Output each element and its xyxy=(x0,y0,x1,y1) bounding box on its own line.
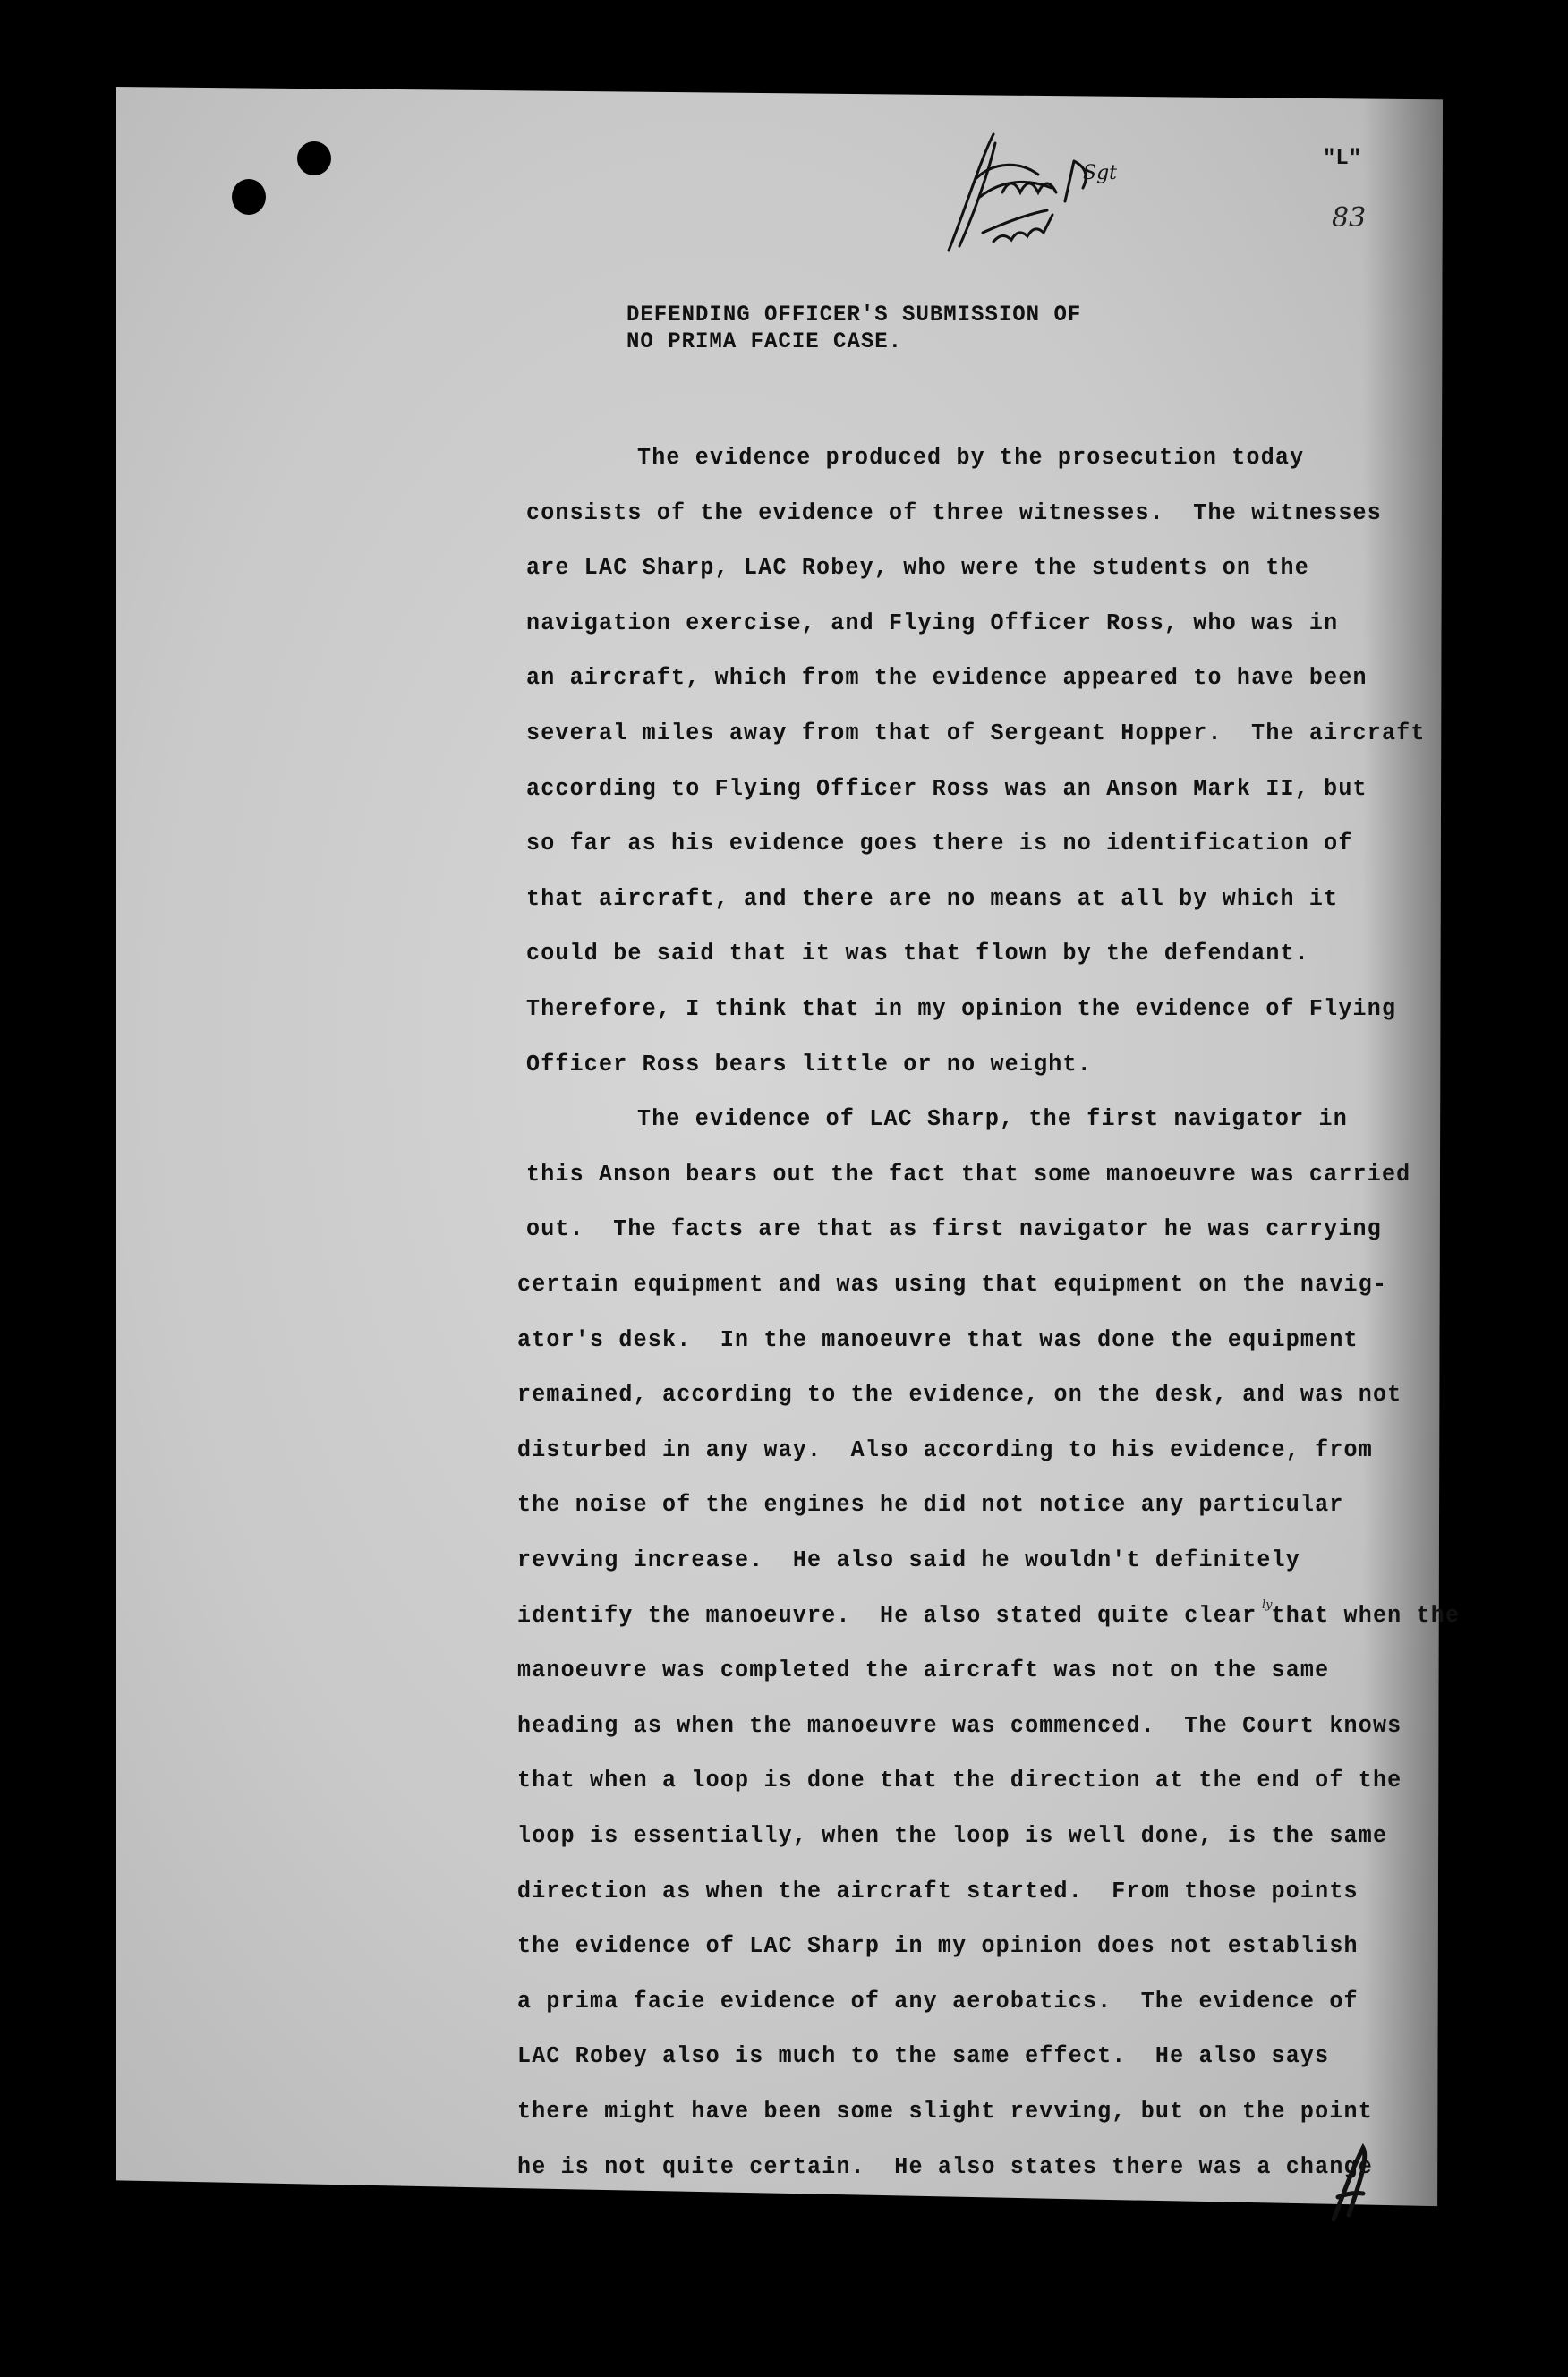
document-text-line: so far as his evidence goes there is no … xyxy=(526,830,1353,856)
document-text-line: disturbed in any way. Also according to … xyxy=(517,1436,1373,1463)
document-text-line: that aircraft, and there are no means at… xyxy=(526,885,1338,912)
handwritten-signature: Sgt xyxy=(940,125,1155,260)
document-text-line: manoeuvre was completed the aircraft was… xyxy=(517,1657,1329,1683)
interlinear-insertion: ly xyxy=(1262,1598,1273,1612)
document-text-line: heading as when the manoeuvre was commen… xyxy=(517,1712,1402,1739)
document-text-line: The evidence produced by the prosecution… xyxy=(637,444,1304,471)
document-text-line: consists of the evidence of three witnes… xyxy=(526,499,1382,526)
document-text-line: several miles away from that of Sergeant… xyxy=(526,720,1426,746)
document-text-line: out. The facts are that as first navigat… xyxy=(526,1215,1382,1242)
document-heading-line-1: DEFENDING OFFICER'S SUBMISSION OF xyxy=(626,302,1081,328)
document-text-line: a prima facie evidence of any aerobatics… xyxy=(517,1988,1359,2015)
document-heading-line-2: NO PRIMA FACIE CASE. xyxy=(626,329,902,354)
document-text-line: navigation exercise, and Flying Officer … xyxy=(526,609,1338,636)
document-text-line: according to Flying Officer Ross was an … xyxy=(526,775,1368,802)
document-marker: "L" xyxy=(1323,147,1361,171)
document-text-line: he is not quite certain. He also states … xyxy=(517,2153,1373,2180)
document-text-line: the noise of the engines he did not noti… xyxy=(517,1491,1344,1518)
folio-number: 83 xyxy=(1332,202,1366,234)
document-text-line: Officer Ross bears little or no weight. xyxy=(526,1051,1092,1078)
document-text-line: remained, according to the evidence, on … xyxy=(517,1381,1402,1408)
document-text-line: the evidence of LAC Sharp in my opinion … xyxy=(517,1932,1359,1959)
document-text-line: ator's desk. In the manoeuvre that was d… xyxy=(517,1326,1359,1353)
document-text-line: identify the manoeuvre. He also stated q… xyxy=(517,1602,1460,1629)
document-text-line: LAC Robey also is much to the same effec… xyxy=(517,2042,1329,2069)
document-text-line: The evidence of LAC Sharp, the first nav… xyxy=(637,1105,1348,1132)
document-text-line: there might have been some slight revvin… xyxy=(517,2098,1373,2125)
document-text-line: direction as when the aircraft started. … xyxy=(517,1878,1359,1904)
document-text-line: this Anson bears out the fact that some … xyxy=(526,1161,1410,1188)
document-page xyxy=(116,87,1443,2228)
document-text-line: could be said that it was that flown by … xyxy=(526,940,1309,967)
document-text-line: that when a loop is done that the direct… xyxy=(517,1767,1402,1793)
document-text-line: certain equipment and was using that equ… xyxy=(517,1271,1387,1298)
punch-hole xyxy=(232,179,266,215)
document-text-line: loop is essentially, when the loop is we… xyxy=(517,1822,1387,1849)
handwritten-initials xyxy=(1329,2143,1369,2224)
signature-suffix: Sgt xyxy=(1083,162,1117,184)
document-text-line: are LAC Sharp, LAC Robey, who were the s… xyxy=(526,554,1309,581)
document-text-line: revving increase. He also said he wouldn… xyxy=(517,1546,1300,1573)
document-text-line: Therefore, I think that in my opinion th… xyxy=(526,995,1396,1022)
document-text-line: an aircraft, which from the evidence app… xyxy=(526,664,1368,691)
